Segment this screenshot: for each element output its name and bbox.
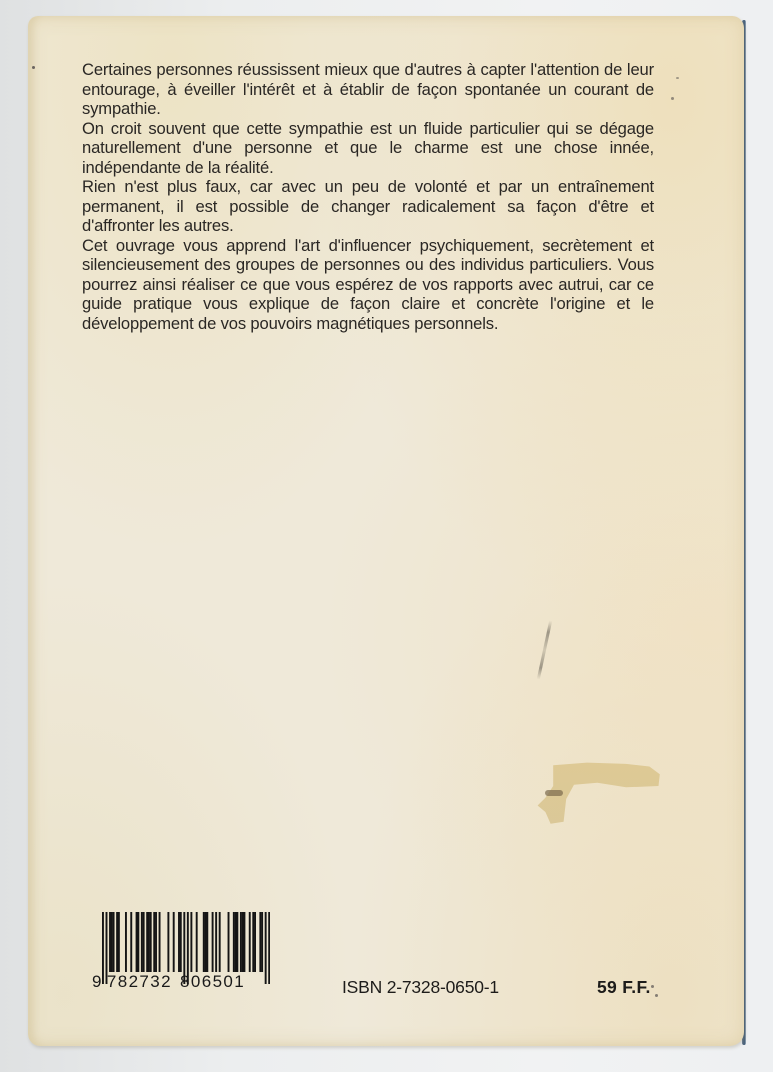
paper-speck — [671, 97, 674, 100]
blurb-paragraph-1: Certaines personnes réussissent mieux qu… — [82, 60, 654, 119]
cover-stain-edge — [545, 790, 563, 796]
barcode-group-1: 782732 — [107, 972, 172, 991]
paper-speck — [32, 66, 35, 69]
barcode-number: 9782732806501 — [92, 972, 245, 992]
paper-speck — [676, 77, 679, 79]
back-cover-blurb: Certaines personnes réussissent mieux qu… — [82, 60, 654, 333]
paper-speck — [651, 985, 654, 988]
paper-speck — [655, 994, 658, 997]
blurb-paragraph-3: Rien n'est plus faux, car avec un peu de… — [82, 177, 654, 236]
barcode-group-2: 806501 — [180, 972, 245, 991]
price-label: 59 F.F. — [597, 977, 651, 998]
blurb-paragraph-4: Cet ouvrage vous apprend l'art d'influen… — [82, 236, 654, 334]
isbn-number: ISBN 2-7328-0650-1 — [342, 977, 499, 998]
blurb-paragraph-2: On croit souvent que cette sympathie est… — [82, 119, 654, 178]
ean-barcode: 9782732806501 — [92, 912, 270, 988]
barcode-lead-digit: 9 — [92, 972, 103, 991]
